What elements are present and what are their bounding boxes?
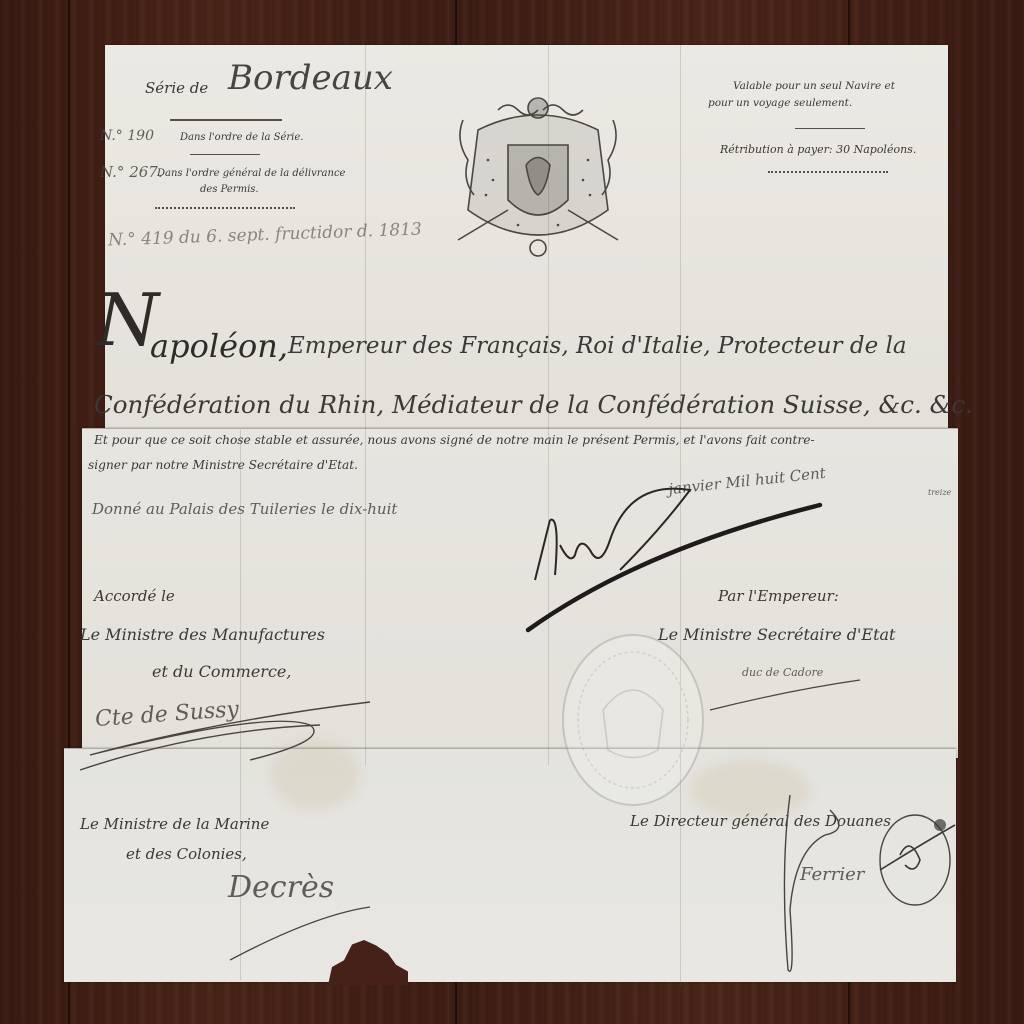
minister-marine: Le Ministre de la Marine: [80, 815, 269, 833]
divider: [768, 167, 888, 173]
general-number: N.° 267.: [100, 163, 163, 181]
signature-flourish: [770, 790, 970, 990]
minister-colonies: et des Colonies,: [126, 845, 247, 863]
series-number: N.° 190: [100, 128, 154, 144]
granted-label: Accordé le: [94, 587, 175, 605]
by-emperor: Par l'Empereur:: [718, 587, 839, 605]
decres-signature: Decrès: [228, 870, 334, 905]
divider: [170, 119, 282, 121]
general-number-caption-2: des Permis.: [200, 184, 259, 195]
series-place: Bordeaux: [228, 58, 393, 98]
minister-commerce: et du Commerce,: [152, 662, 291, 681]
fee-text: Rétribution à payer: 30 Napoléons.: [720, 143, 916, 156]
divider: [795, 128, 865, 129]
divider: [190, 154, 260, 155]
fold-line: [82, 428, 958, 429]
series-number-caption: Dans l'ordre de la Série.: [180, 132, 303, 143]
napoleon-signature: [520, 480, 820, 640]
given-at: Donné au Palais des Tuileries le dix-hui…: [92, 500, 397, 518]
title-line-2: Confédération du Rhin, Médiateur de la C…: [94, 390, 973, 419]
title-name: apoléon,: [150, 327, 288, 365]
signature-flourish: [70, 700, 390, 780]
embossed-seal-icon: [558, 630, 708, 810]
general-number-caption: Dans l'ordre général de la délivrance: [157, 168, 345, 179]
series-label: Série de: [145, 79, 208, 97]
coat-of-arms-icon: [448, 90, 628, 270]
minister-manufactures: Le Ministre des Manufactures: [80, 625, 325, 644]
divider: [155, 203, 295, 209]
signature-flourish: [225, 905, 385, 965]
body-line-1: Et pour que ce soit chose stable et assu…: [94, 433, 815, 447]
title-line-1: Empereur des Français, Roi d'Italie, Pro…: [288, 333, 907, 359]
date-year: treize: [928, 488, 951, 497]
signature-flourish: [700, 675, 900, 715]
validity-line-2: pour un voyage seulement.: [708, 97, 852, 109]
validity-line-1: Valable pour un seul Navire et: [733, 80, 895, 92]
body-line-2: signer par notre Ministre Secrétaire d'E…: [88, 458, 358, 472]
